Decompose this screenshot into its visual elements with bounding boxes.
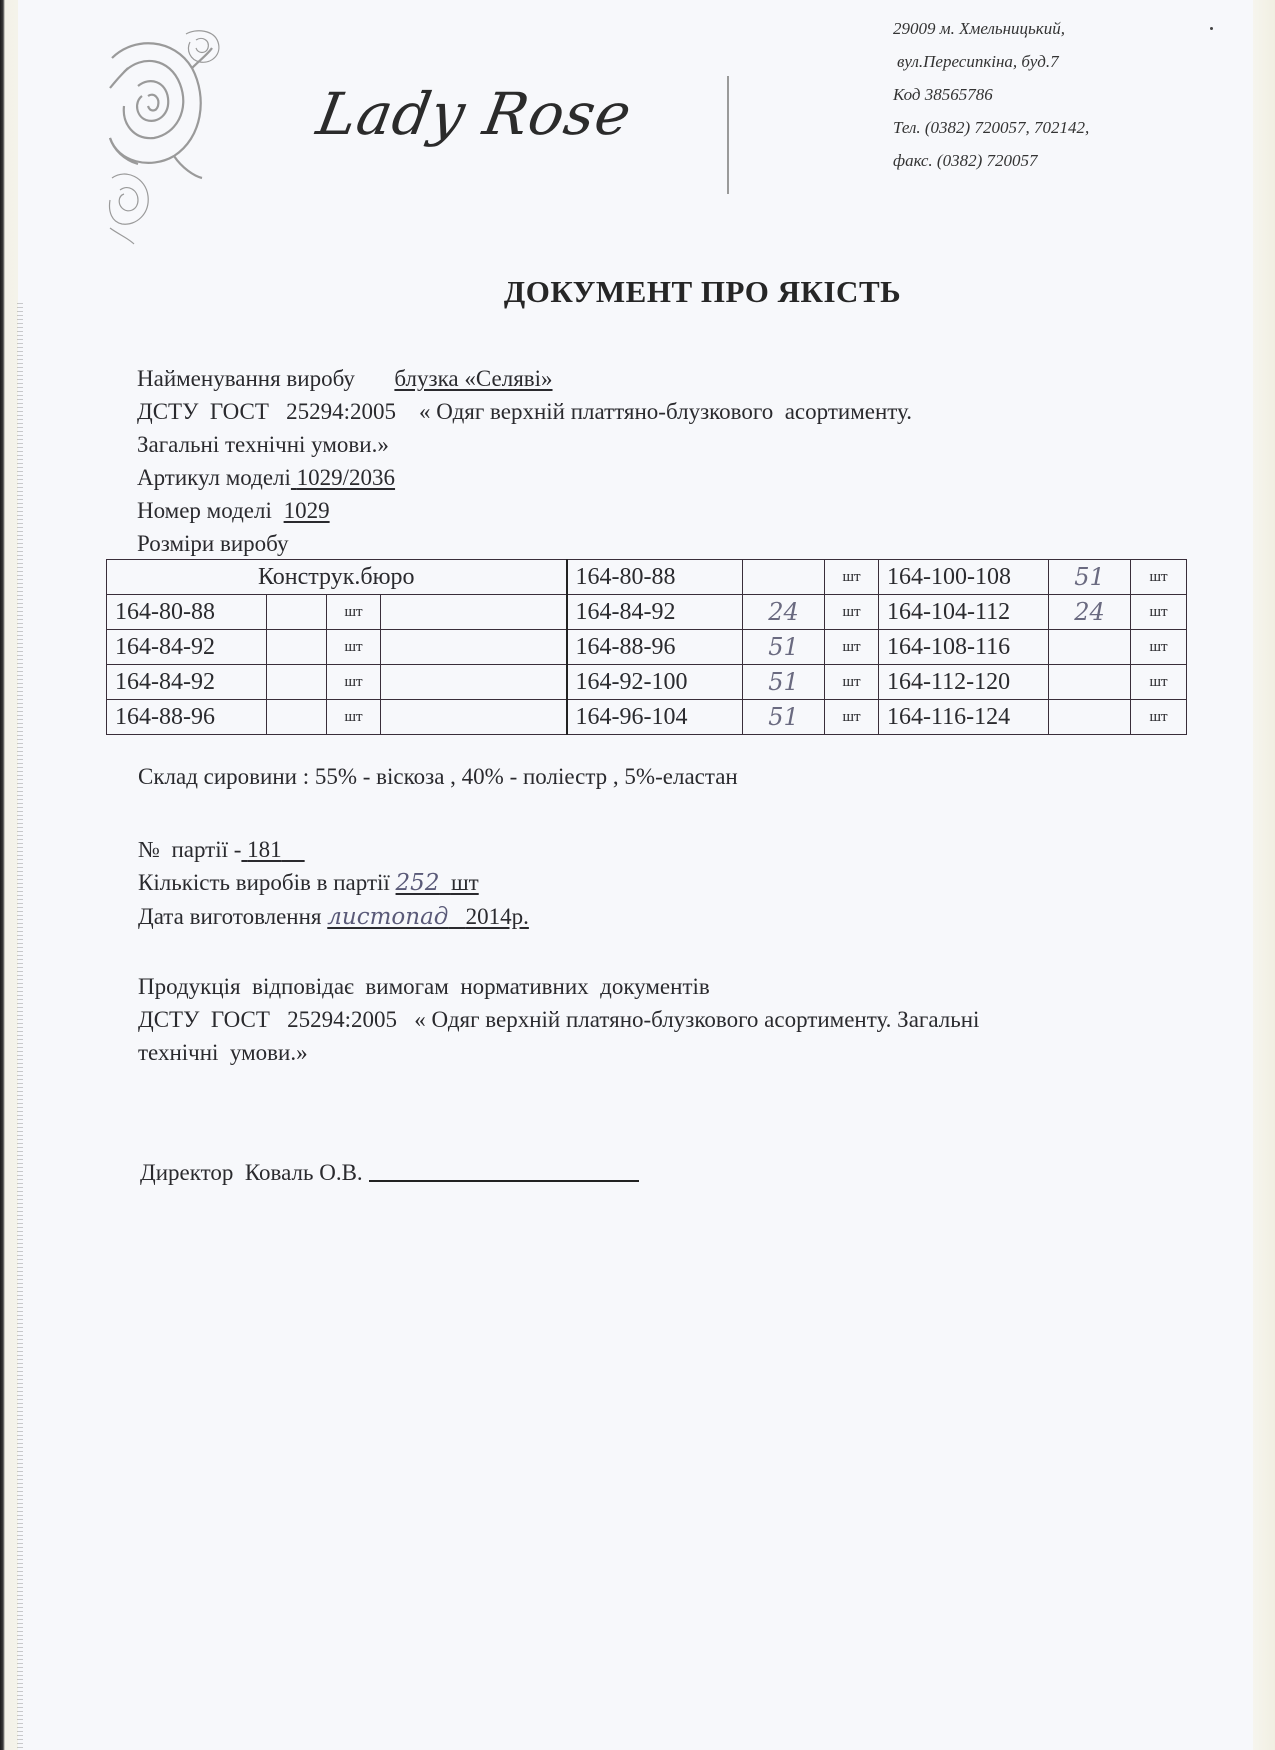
quantity-cell xyxy=(743,560,825,595)
size-cell: 164-80-88 xyxy=(107,595,267,630)
design-bureau-header: Конструк.бюро xyxy=(107,560,567,595)
size-cell: 164-88-96 xyxy=(107,700,267,735)
size-cell: 164-80-88 xyxy=(567,560,743,595)
batch-number-value: 181 xyxy=(241,837,304,862)
table-row: 164-84-92шт164-92-10051шт164-112-120шт xyxy=(107,665,1187,700)
product-name-row: Найменування виробу блузка «Селяві» xyxy=(137,362,912,395)
conformity-line-3: технічні умови.» xyxy=(138,1036,979,1069)
size-table: Конструк.бюро164-80-88шт164-100-10851шт1… xyxy=(106,559,1187,735)
table-row: Конструк.бюро164-80-88шт164-100-10851шт xyxy=(107,560,1187,595)
article-value: 1029/2036 xyxy=(291,465,395,490)
size-cell: 164-84-92 xyxy=(567,595,743,630)
size-cell: 164-96-104 xyxy=(567,700,743,735)
table-row: 164-88-96шт164-96-10451шт164-116-124шт xyxy=(107,700,1187,735)
batch-quantity-label: Кількість виробів в партії xyxy=(138,870,390,895)
quantity-cell: 51 xyxy=(1049,560,1131,595)
manufacture-date-label: Дата виготовлення xyxy=(138,904,322,929)
product-name-label: Найменування виробу xyxy=(137,366,355,391)
size-cell: 164-108-116 xyxy=(879,630,1049,665)
table-row: 164-80-88шт164-84-9224шт164-104-11224шт xyxy=(107,595,1187,630)
product-info: Найменування виробу блузка «Селяві» ДСТУ… xyxy=(137,362,912,560)
signature-line xyxy=(369,1180,639,1182)
unit-cell: шт xyxy=(1131,665,1187,700)
rose-icon xyxy=(104,28,224,248)
phone-numbers: Тел. (0382) 720057, 702142, xyxy=(893,111,1089,144)
empty-cell xyxy=(381,665,567,700)
model-number-row: Номер моделі 1029 xyxy=(137,494,912,527)
unit-cell: шт xyxy=(1131,700,1187,735)
quantity-cell xyxy=(267,700,327,735)
director-name: Директор Коваль О.В. xyxy=(140,1160,363,1185)
quantity-cell xyxy=(1049,700,1131,735)
standard-line-1: ДСТУ ГОСТ 25294:2005 « Одяг верхній плат… xyxy=(137,395,912,428)
quantity-cell xyxy=(1049,665,1131,700)
quantity-cell: 51 xyxy=(743,630,825,665)
company-code: Код 38565786 xyxy=(893,78,1089,111)
address-line: вул.Пересипкіна, буд.7 xyxy=(893,45,1089,78)
standard-line-2: Загальні технічні умови.» xyxy=(137,428,912,461)
unit-cell: шт xyxy=(327,630,381,665)
unit-cell: шт xyxy=(825,700,879,735)
sizes-label: Розміри виробу xyxy=(137,527,912,560)
batch-number-label: № партії - xyxy=(138,837,241,862)
scan-speck xyxy=(1210,27,1213,30)
unit-cell: шт xyxy=(327,595,381,630)
company-address: 29009 м. Хмельницький, вул.Пересипкіна, … xyxy=(893,12,1089,177)
quantity-cell: 24 xyxy=(743,595,825,630)
batch-number-row: № партії - 181 xyxy=(138,833,529,866)
director-signature: Директор Коваль О.В. xyxy=(140,1160,639,1186)
quantity-cell: 51 xyxy=(743,700,825,735)
unit-cell: шт xyxy=(825,560,879,595)
batch-info: № партії - 181 Кількість виробів в парті… xyxy=(138,833,529,934)
conformity-line-1: Продукція відповідає вимогам нормативних… xyxy=(138,970,979,1003)
brand-logo: Lady Rose xyxy=(312,80,637,148)
manufacture-date-value: листопад 2014р. xyxy=(327,904,529,929)
batch-quantity-value: 252 шт xyxy=(396,870,479,895)
conformity-statement: Продукція відповідає вимогам нормативних… xyxy=(138,970,979,1069)
address-line: 29009 м. Хмельницький, xyxy=(893,12,1089,45)
size-cell: 164-100-108 xyxy=(879,560,1049,595)
unit-cell: шт xyxy=(1131,595,1187,630)
quantity-cell xyxy=(267,595,327,630)
quantity-cell xyxy=(267,630,327,665)
unit-cell: шт xyxy=(1131,560,1187,595)
unit-cell: шт xyxy=(825,595,879,630)
unit-cell: шт xyxy=(327,700,381,735)
product-name-value: блузка «Селяві» xyxy=(394,366,552,391)
unit-cell: шт xyxy=(1131,630,1187,665)
empty-cell xyxy=(381,630,567,665)
model-number-value: 1029 xyxy=(284,498,330,523)
scan-edge-right xyxy=(1253,0,1275,1750)
quantity-cell: 51 xyxy=(743,665,825,700)
unit-cell: шт xyxy=(327,665,381,700)
size-cell: 164-84-92 xyxy=(107,665,267,700)
material-composition: Склад сировини : 55% - віскоза , 40% - п… xyxy=(138,764,738,790)
size-cell: 164-112-120 xyxy=(879,665,1049,700)
quantity-cell xyxy=(267,665,327,700)
document-title: ДОКУМЕНТ ПРО ЯКІСТЬ xyxy=(0,274,1275,310)
model-number-label: Номер моделі xyxy=(137,498,272,523)
size-cell: 164-88-96 xyxy=(567,630,743,665)
quantity-cell xyxy=(1049,630,1131,665)
empty-cell xyxy=(381,595,567,630)
scan-edge-left xyxy=(0,0,18,1750)
manufacture-date-row: Дата виготовлення листопад 2014р. xyxy=(138,900,529,934)
size-cell: 164-104-112 xyxy=(879,595,1049,630)
unit-cell: шт xyxy=(825,630,879,665)
size-cell: 164-116-124 xyxy=(879,700,1049,735)
header-divider xyxy=(727,76,729,194)
batch-quantity-row: Кількість виробів в партії 252 шт xyxy=(138,866,529,900)
unit-cell: шт xyxy=(825,665,879,700)
conformity-line-2: ДСТУ ГОСТ 25294:2005 « Одяг верхній плат… xyxy=(138,1003,979,1036)
fax-number: факс. (0382) 720057 xyxy=(893,144,1089,177)
article-label: Артикул моделі xyxy=(137,465,291,490)
size-cell: 164-92-100 xyxy=(567,665,743,700)
article-row: Артикул моделі 1029/2036 xyxy=(137,461,912,494)
empty-cell xyxy=(381,700,567,735)
size-cell: 164-84-92 xyxy=(107,630,267,665)
table-row: 164-84-92шт164-88-9651шт164-108-116шт xyxy=(107,630,1187,665)
quantity-cell: 24 xyxy=(1049,595,1131,630)
